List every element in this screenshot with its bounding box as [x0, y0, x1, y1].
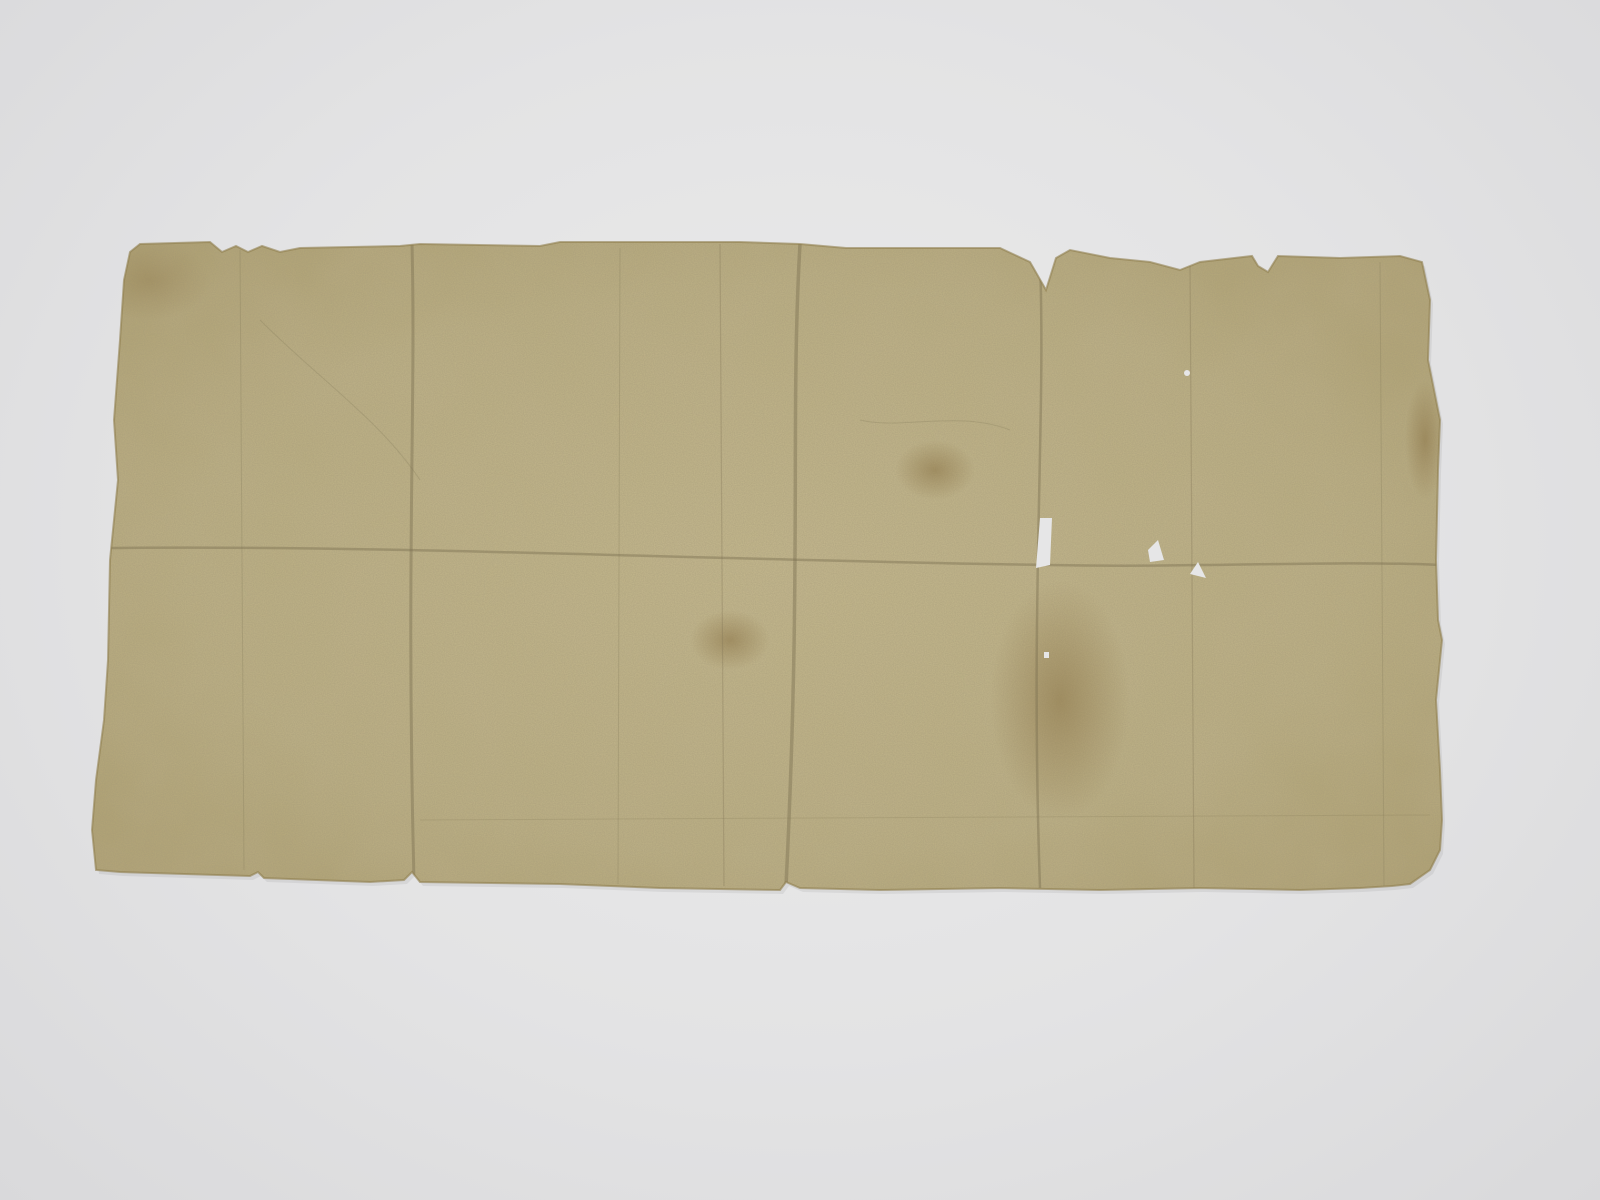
stain — [990, 580, 1130, 820]
paper-surface — [80, 230, 1460, 910]
stain — [895, 440, 975, 500]
hole — [1184, 370, 1190, 376]
stain — [690, 610, 770, 670]
hole — [1044, 652, 1049, 658]
stain — [90, 240, 210, 320]
aged-paper-note: Photograph of a worn, aged, blank paper … — [0, 0, 1600, 1200]
